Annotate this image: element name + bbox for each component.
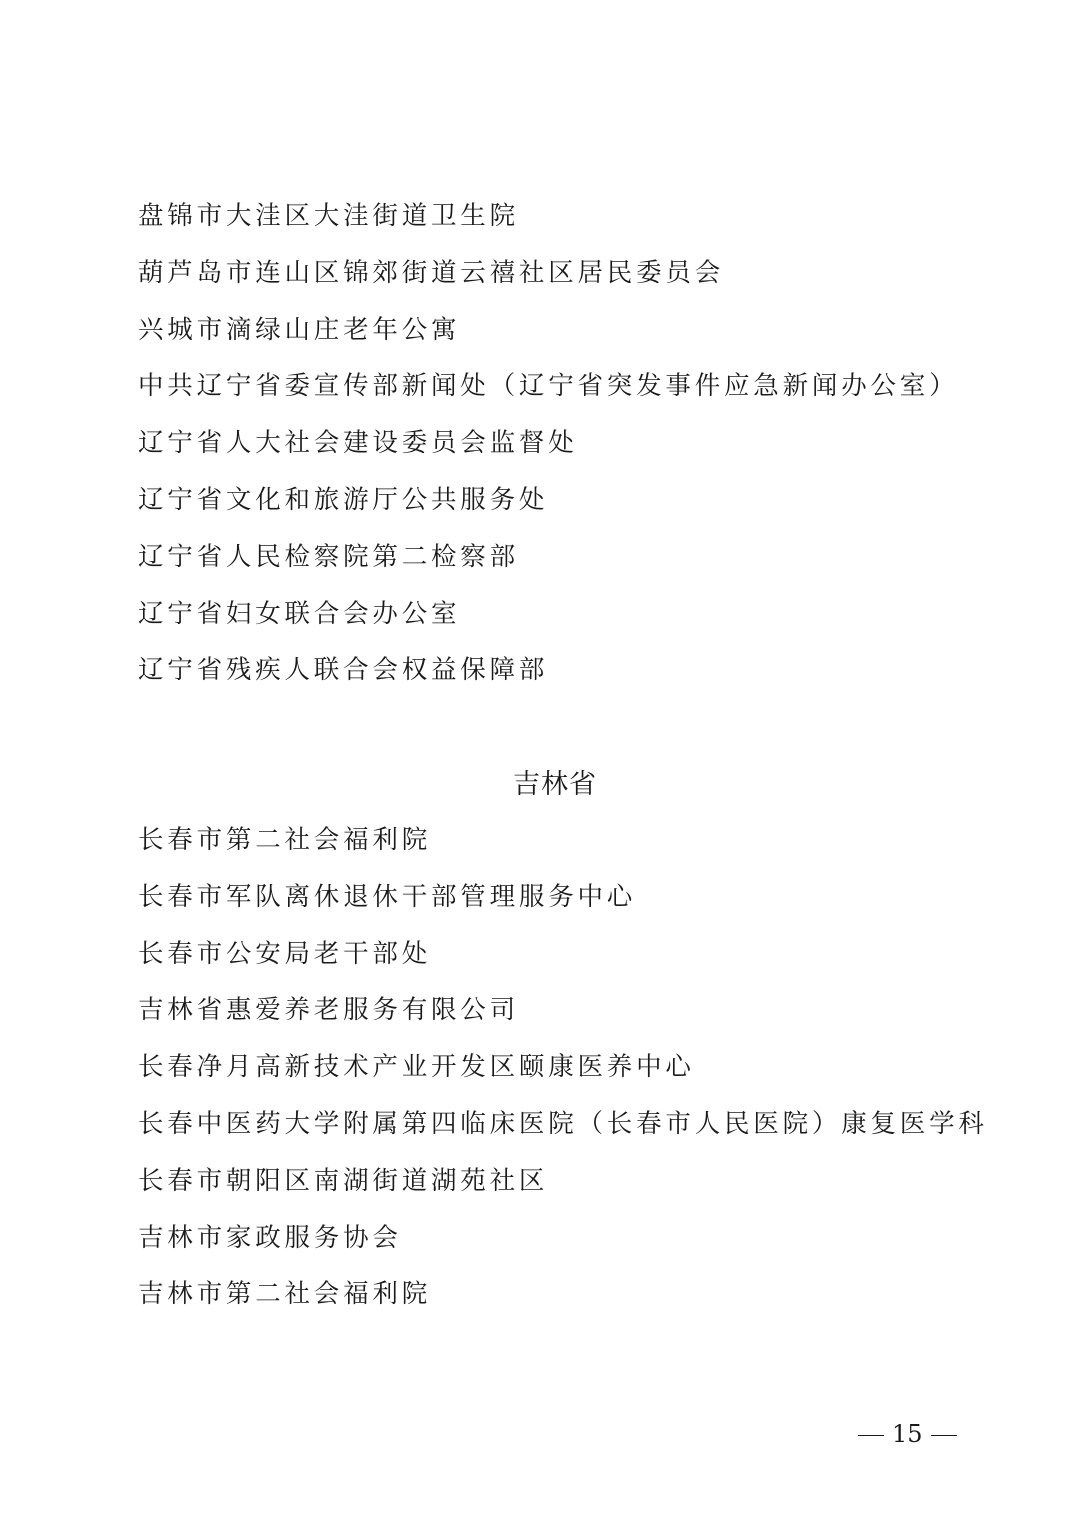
dash-right bbox=[931, 1435, 957, 1437]
document-page: 盘锦市大洼区大洼街道卫生院 葫芦岛市连山区锦郊街道云禧社区居民委员会 兴城市滴绿… bbox=[0, 0, 1080, 1527]
list-item: 长春净月高新技术产业开发区颐康医养中心 bbox=[138, 1039, 988, 1096]
page-number-value: 15 bbox=[892, 1420, 923, 1448]
list-item: 长春市第二社会福利院 bbox=[138, 812, 988, 869]
list-item: 长春市军队离休退休干部管理服务中心 bbox=[138, 869, 988, 926]
list-item: 兴城市滴绿山庄老年公寓 bbox=[138, 302, 958, 359]
organization-list-jilin: 长春市第二社会福利院 长春市军队离休退休干部管理服务中心 长春市公安局老干部处 … bbox=[138, 812, 988, 1323]
list-item: 吉林省惠爱养老服务有限公司 bbox=[138, 982, 988, 1039]
list-item: 长春中医药大学附属第四临床医院（长春市人民医院）康复医学科 bbox=[138, 1096, 988, 1153]
list-item: 辽宁省妇女联合会办公室 bbox=[138, 586, 958, 643]
list-item: 辽宁省文化和旅游厅公共服务处 bbox=[138, 472, 958, 529]
list-item: 长春市公安局老干部处 bbox=[138, 926, 988, 983]
list-item: 辽宁省人大社会建设委员会监督处 bbox=[138, 415, 958, 472]
organization-list-liaoning: 盘锦市大洼区大洼街道卫生院 葫芦岛市连山区锦郊街道云禧社区居民委员会 兴城市滴绿… bbox=[138, 188, 958, 699]
list-item: 中共辽宁省委宣传部新闻处（辽宁省突发事件应急新闻办公室） bbox=[138, 358, 958, 415]
list-item: 吉林市家政服务协会 bbox=[138, 1210, 988, 1267]
list-item: 辽宁省人民检察院第二检察部 bbox=[138, 529, 958, 586]
dash-left bbox=[858, 1435, 884, 1437]
list-item: 长春市朝阳区南湖街道湖苑社区 bbox=[138, 1153, 988, 1210]
list-item: 吉林市第二社会福利院 bbox=[138, 1266, 988, 1323]
list-item: 辽宁省残疾人联合会权益保障部 bbox=[138, 642, 958, 699]
section-heading-jilin: 吉林省 bbox=[0, 764, 1080, 806]
page-number: 15 bbox=[850, 1416, 960, 1452]
list-item: 盘锦市大洼区大洼街道卫生院 bbox=[138, 188, 958, 245]
list-item: 葫芦岛市连山区锦郊街道云禧社区居民委员会 bbox=[138, 245, 958, 302]
